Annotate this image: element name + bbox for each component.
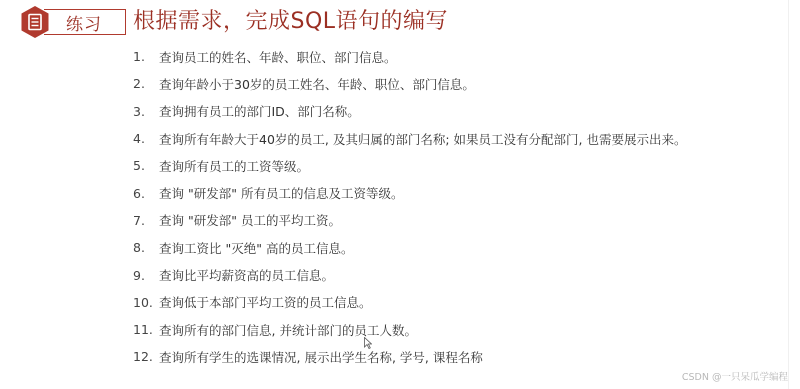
list-item: 4. 查询所有年龄大于40岁的员工, 及其归属的部门名称; 如果员工没有分配部门…	[133, 125, 687, 152]
item-text: 查询所有学生的选课情况, 展示出学生名称, 学号, 课程名称	[159, 348, 483, 366]
item-text: 查询 "研发部" 所有员工的信息及工资等级。	[159, 184, 403, 202]
badge-label-box: 练习	[44, 9, 126, 35]
item-text: 查询所有的部门信息, 并统计部门的员工人数。	[159, 321, 417, 339]
list-item: 1. 查询员工的姓名、年龄、职位、部门信息。	[133, 43, 687, 70]
task-list: 1. 查询员工的姓名、年龄、职位、部门信息。 2. 查询年龄小于30岁的员工姓名…	[133, 43, 687, 371]
list-item: 7. 查询 "研发部" 员工的平均工资。	[133, 207, 687, 234]
page-title: 根据需求，完成SQL语句的编写	[133, 7, 448, 37]
list-item: 6. 查询 "研发部" 所有员工的信息及工资等级。	[133, 179, 687, 206]
item-text: 查询 "研发部" 员工的平均工资。	[159, 211, 341, 229]
item-number: 8.	[133, 240, 159, 255]
list-item: 9. 查询比平均薪资高的员工信息。	[133, 261, 687, 288]
list-item: 5. 查询所有员工的工资等级。	[133, 152, 687, 179]
item-number: 11.	[133, 322, 159, 337]
item-text: 查询工资比 "灭绝" 高的员工信息。	[159, 239, 353, 257]
right-edge-rule	[788, 0, 789, 389]
item-number: 4.	[133, 131, 159, 146]
item-text: 查询员工的姓名、年龄、职位、部门信息。	[159, 48, 397, 66]
badge-label: 练习	[66, 10, 102, 35]
item-text: 查询所有年龄大于40岁的员工, 及其归属的部门名称; 如果员工没有分配部门, 也…	[159, 130, 687, 148]
item-text: 查询低于本部门平均工资的员工信息。	[159, 293, 372, 311]
list-item: 8. 查询工资比 "灭绝" 高的员工信息。	[133, 234, 687, 261]
item-number: 12.	[133, 349, 159, 364]
item-number: 2.	[133, 76, 159, 91]
item-number: 3.	[133, 104, 159, 119]
item-number: 10.	[133, 295, 159, 310]
document-icon	[20, 5, 50, 39]
section-badge: 练习	[20, 6, 126, 38]
watermark: CSDN @一只呆瓜学编程	[682, 369, 788, 383]
list-item: 3. 查询拥有员工的部门ID、部门名称。	[133, 98, 687, 125]
item-number: 1.	[133, 49, 159, 64]
list-item: 10. 查询低于本部门平均工资的员工信息。	[133, 289, 687, 316]
list-item: 11. 查询所有的部门信息, 并统计部门的员工人数。	[133, 316, 687, 343]
item-text: 查询比平均薪资高的员工信息。	[159, 266, 334, 284]
item-text: 查询年龄小于30岁的员工姓名、年龄、职位、部门信息。	[159, 75, 475, 93]
mouse-cursor-icon	[364, 334, 372, 346]
list-item: 12. 查询所有学生的选课情况, 展示出学生名称, 学号, 课程名称	[133, 343, 687, 370]
item-number: 5.	[133, 158, 159, 173]
item-number: 7.	[133, 213, 159, 228]
item-text: 查询所有员工的工资等级。	[159, 157, 309, 175]
item-text: 查询拥有员工的部门ID、部门名称。	[159, 102, 360, 120]
list-item: 2. 查询年龄小于30岁的员工姓名、年龄、职位、部门信息。	[133, 70, 687, 97]
item-number: 6.	[133, 186, 159, 201]
item-number: 9.	[133, 268, 159, 283]
